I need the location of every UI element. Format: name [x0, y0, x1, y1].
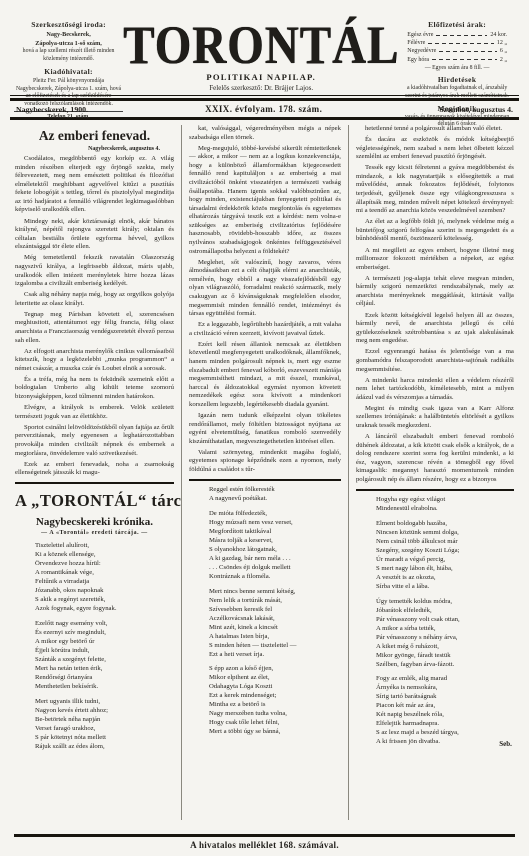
rate-label: Egész évre	[407, 31, 433, 39]
dateline-place: Nagybecskerek, 1900.	[16, 105, 88, 114]
article-col1-text: Csodálatos, megdöbbentő egy korkép ez. A…	[15, 155, 174, 478]
article-title: Az emberi fenevad.	[15, 128, 174, 144]
dateline-issue: XXIX. évfolyam. 178. szám.	[205, 104, 322, 114]
poem-col2: Reggel estén fölkeresték A nagynevű poét…	[189, 486, 341, 737]
office-note: hová a lap szellemi részét illető minden…	[14, 48, 123, 64]
article-paragraph: A mindenki harca mindenki ellen a védele…	[356, 377, 514, 403]
ads-note: a kiadóhivatalban fogadtatnak el, árszab…	[399, 85, 515, 101]
article-paragraph: És dacára az eszközök és módok kétségbee…	[356, 136, 514, 162]
rate-label: Egy hóra	[407, 56, 429, 64]
article-paragraph: Meg-megujuló, többé-kevésbé sikerült rém…	[189, 145, 341, 257]
article-paragraph: A mi megilleti az egyes embert, hogyne i…	[356, 247, 514, 273]
article-paragraph: A láncáról elszabadult emberi fenevad ro…	[356, 433, 514, 484]
office-street: Zápolya-utcza 1-ső szám,	[14, 40, 123, 48]
subscription-rate-row: Negyedévre 6 „	[399, 47, 515, 55]
feuilleton-subtitle: — A «Torontál» eredeti tárcája. —	[15, 530, 174, 536]
article-paragraph: Ezzel egyenrangú hatása és jelentősége v…	[356, 348, 514, 374]
footer-rule	[14, 834, 515, 837]
feuilleton-rule-col3	[356, 489, 514, 492]
office-city: Nagy-Becskerek,	[14, 31, 123, 39]
article-paragraph: Igazán nem tudunk elképzelni olyan tökél…	[189, 412, 341, 446]
article-paragraph: Ezek között kétségkívül legelső helyen á…	[356, 312, 514, 346]
article-paragraph: Ezért kell résen állaniok nemcsak az éle…	[189, 341, 341, 410]
article-paragraph: Ez a leggazabb, legőrültebb hazárdjáték,…	[189, 321, 341, 338]
ads-title: Hirdetések	[399, 75, 515, 85]
rate-label: Negyedévre	[407, 47, 436, 55]
article-paragraph: Valami szörnyeteg, mindenkit magába fogl…	[189, 449, 341, 475]
column-3: hetetlenné tenné a polgárosult államban …	[348, 125, 515, 820]
article-paragraph: Az élet az a legfőbb földi jó, melynek v…	[356, 218, 514, 244]
masthead-row: Szerkesztőségi iroda: Nagy-Becskerek, Zá…	[0, 0, 529, 94]
article-paragraph: Sportot csinálni lelövöldözésükből olyan…	[15, 424, 174, 458]
subscription-title: Előfizetési árak:	[399, 20, 515, 30]
feuilleton-title: Nagybecskereki krónika.	[15, 516, 174, 528]
subscription-rate-row: Egész évre 24 kor.	[399, 31, 515, 39]
article-col2-text: kat, valósággal, végeredményében mégis a…	[189, 125, 341, 475]
feuilleton-rule-col1	[15, 482, 174, 485]
page-footer: A hivatalos melléklet 168. számával.	[0, 834, 529, 850]
poem-stanza: Fogy az emlék, alig marad Árnyéka is nem…	[376, 675, 514, 747]
subscription-rate-row: Félévre 12 „	[399, 39, 515, 47]
article-paragraph: Ezek az emberi fenevadak, noha a zsarnok…	[15, 461, 174, 478]
rate-value: 2 „	[500, 56, 507, 64]
poem-stanza: Elment boldogabb hazába, Nincsen köztünk…	[376, 520, 514, 592]
poem-stanza: Hogyha egy egész világot Mindenestül elr…	[376, 496, 514, 514]
article-paragraph: Az elfogott anarchista merénylők cinikus…	[15, 348, 174, 374]
newspaper-page: Szerkesztőségi iroda: Nagy-Becskerek, Zá…	[0, 0, 529, 856]
body-columns: Az emberi fenevad. Nagybecskerek, augusz…	[0, 120, 529, 820]
subscription-rate-row: Egy hóra 2 „	[399, 56, 515, 64]
rate-label: Félévre	[407, 39, 425, 47]
publisher-title: Kiadóhivatal:	[14, 67, 123, 77]
column-2: kat, valósággal, végeredményében mégis a…	[181, 125, 348, 820]
masthead-center: TORONTÁL POLITIKAI NAPILAP. Felelős szer…	[123, 20, 399, 92]
article-paragraph: Tegnap meg Párisban követett el, szerenc…	[15, 311, 174, 345]
column-1: Az emberi fenevad. Nagybecskerek, augusz…	[14, 125, 181, 820]
article-paragraph: A természeti jog-alapja tehát eleve megv…	[356, 275, 514, 309]
feuilleton-header: A „TORONTÁL“ tárcája.	[15, 491, 174, 511]
article-paragraph: Tessék egy kicsit félretenni a gyáva meg…	[356, 164, 514, 215]
rate-leader	[436, 35, 487, 36]
article-paragraph: hetetlenné tenné a polgárosult államban …	[356, 125, 514, 134]
office-title: Szerkesztőségi iroda:	[14, 20, 123, 30]
article-paragraph: Megint és mindig csak igaza van a Karr A…	[356, 405, 514, 431]
poem-stanza: Tisztelettel alulírott, Ki a köznek elle…	[35, 542, 174, 614]
rate-value: 24 kor.	[490, 31, 507, 39]
poem-stanza: S épp azon a késő éjjen, Mikor elpihent …	[209, 665, 341, 737]
article-col3-text: hetetlenné tenné a polgárosult államban …	[356, 125, 514, 485]
dateline-date: Szombat, augusztus 4.	[439, 105, 513, 114]
article-paragraph: Csak alig néhány napja még, hogy az orgy…	[15, 291, 174, 308]
article-paragraph: És a tréfa, még ha nem is feküdnék szeme…	[15, 376, 174, 402]
poem-stanza: Mert nincs benne semmi kétség, Nem lelik…	[209, 588, 341, 660]
poem-stanza: De mióta fölfedezték, Hogy múzsafi nem v…	[209, 510, 341, 582]
poem-stanza: Úgy temették koldus módra, Jóbarátok elf…	[376, 598, 514, 670]
poem-stanza: Mert ugyanis illik tudni, Nagyon kevés é…	[35, 698, 174, 752]
rate-leader	[428, 43, 494, 44]
poem-col1: Tisztelettel alulírott, Ki a köznek elle…	[15, 542, 174, 751]
article-paragraph: Mindegy neki, akár köztársasági elnök, a…	[15, 218, 174, 252]
article-paragraph: Csodálatos, megdöbbentő egy korkép ez. A…	[15, 155, 174, 215]
article-paragraph: kat, valósággal, végeredményében mégis a…	[189, 125, 341, 142]
article-dateline: Nagybecskerek, augusztus 4.	[15, 146, 174, 152]
single-issue-price: — Egyes szám ára 8 fill. —	[399, 65, 515, 73]
rate-leader	[439, 51, 497, 52]
rate-value: 6 „	[500, 47, 507, 55]
subscription-rates: Egész évre 24 kor. Félévre 12 „ Negyedév…	[399, 31, 515, 63]
supplement-note: A hivatalos melléklet 168. számával.	[0, 840, 529, 850]
newspaper-title: TORONTÁL	[123, 21, 399, 72]
article-paragraph: Meglehet, sőt valószínű, hogy zavaros, v…	[189, 259, 341, 319]
article-paragraph: Elvégre, a királyok is emberek. Velök sz…	[15, 404, 174, 421]
poem-stanza: Reggel estén fölkeresték A nagynevű poét…	[209, 486, 341, 504]
feuilleton-rule-col2	[189, 479, 341, 482]
rate-leader	[432, 59, 497, 60]
poem-col3: Hogyha egy egész világot Mindenestül elr…	[356, 496, 514, 747]
poem-stanza: Ezelőtt nagy esemény volt, És ezernyi sz…	[35, 620, 174, 692]
rate-value: 12 „	[497, 39, 507, 47]
article-paragraph: Még temetetlenül fekszik ravatalán Olasz…	[15, 254, 174, 288]
editor-line: Felelős szerkesztő: Dr. Brájjer Lajos.	[123, 84, 399, 92]
